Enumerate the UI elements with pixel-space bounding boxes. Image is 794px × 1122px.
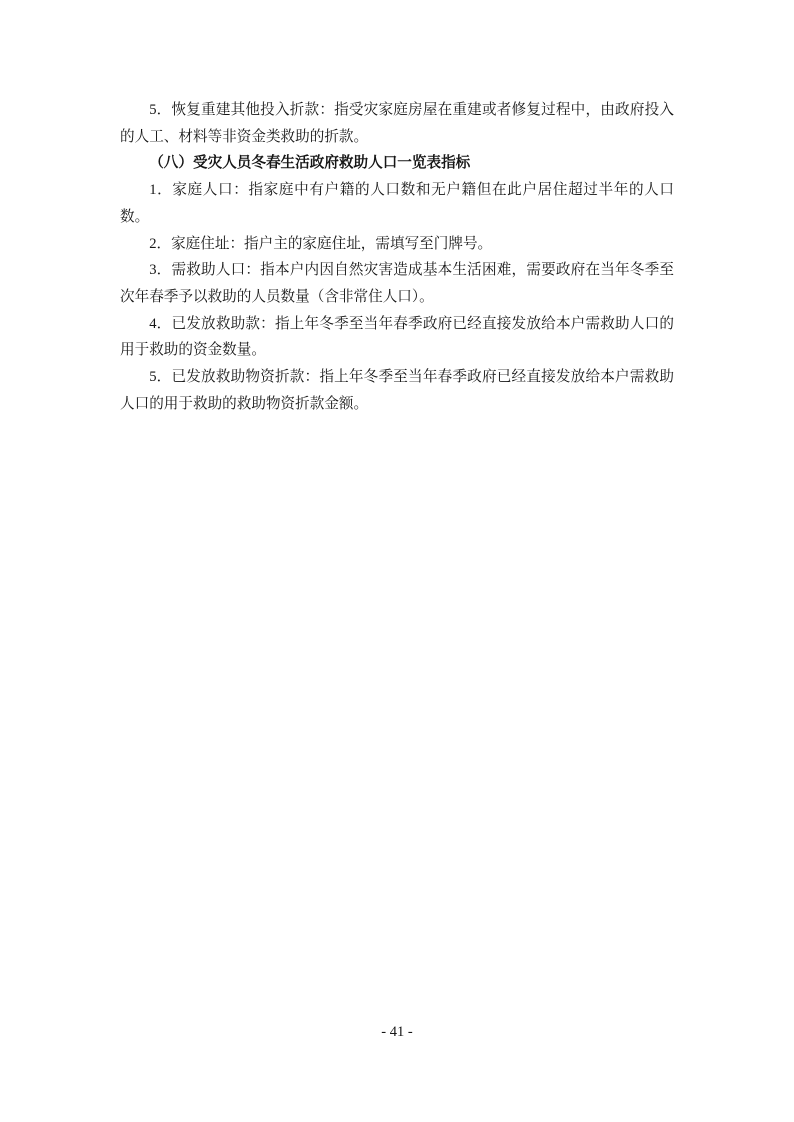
- document-body: 5．恢复重建其他投入折款：指受灾家庭房屋在重建或者修复过程中，由政府投入的人工、…: [120, 97, 674, 417]
- section-heading-winter-spring-relief-indicators: （八）受灾人员冬春生活政府救助人口一览表指标: [120, 150, 674, 177]
- paragraph-relief-funds-issued: 4．已发放救助款：指上年冬季至当年春季政府已经直接发放给本户需救助人口的用于救助…: [120, 311, 674, 364]
- paragraph-restore-rebuild-other-input: 5．恢复重建其他投入折款：指受灾家庭房屋在重建或者修复过程中，由政府投入的人工、…: [120, 97, 674, 150]
- paragraph-population-needing-relief: 3．需救助人口：指本户内因自然灾害造成基本生活困难，需要政府在当年冬季至次年春季…: [120, 257, 674, 310]
- paragraph-relief-materials-issued: 5．已发放救助物资折款：指上年冬季至当年春季政府已经直接发放给本户需救助人口的用…: [120, 364, 674, 417]
- paragraph-family-address: 2．家庭住址：指户主的家庭住址，需填写至门牌号。: [120, 231, 674, 258]
- document-page: 5．恢复重建其他投入折款：指受灾家庭房屋在重建或者修复过程中，由政府投入的人工、…: [0, 0, 794, 1122]
- page-number: - 41 -: [0, 1022, 794, 1042]
- paragraph-family-population: 1．家庭人口：指家庭中有户籍的人口数和无户籍但在此户居住超过半年的人口数。: [120, 177, 674, 230]
